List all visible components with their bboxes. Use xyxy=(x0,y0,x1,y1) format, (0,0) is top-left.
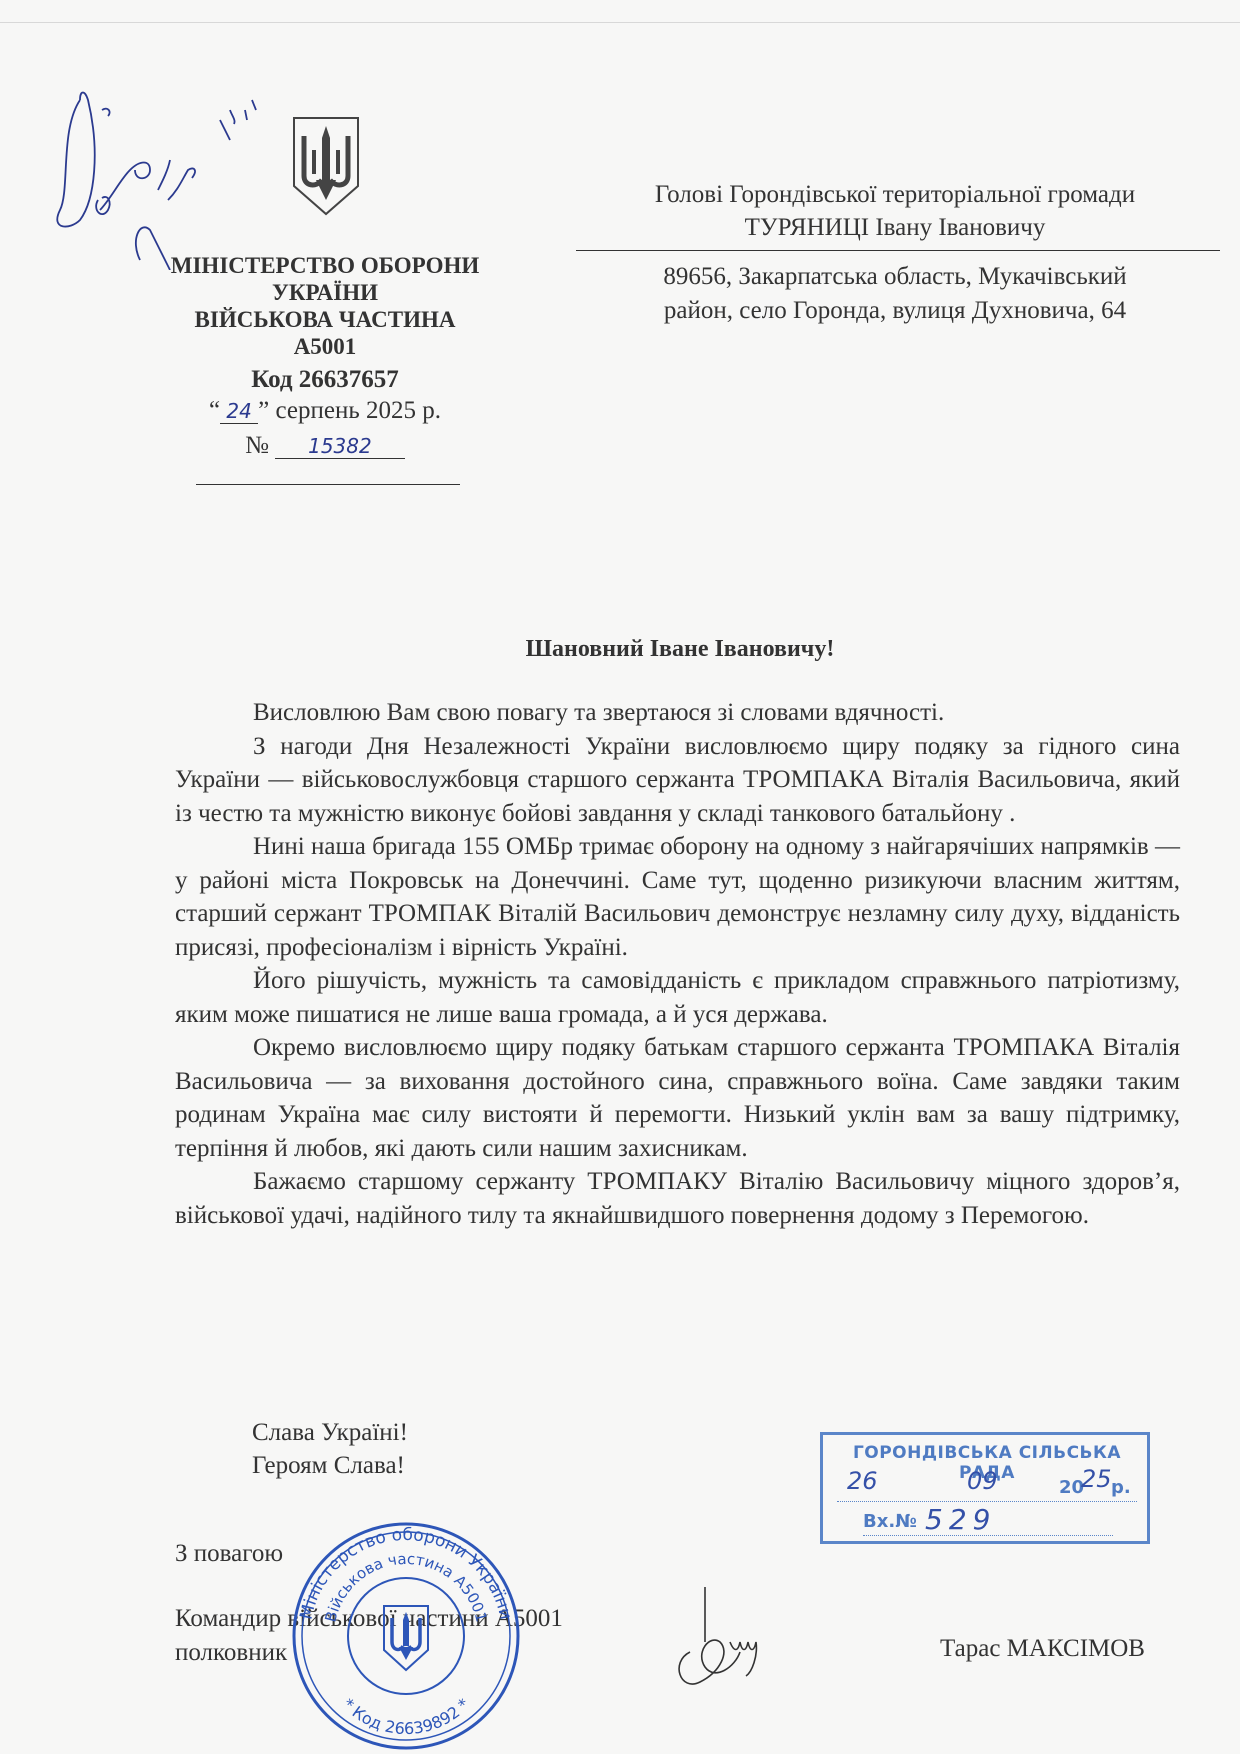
stamp-date-row: 26 09 20 25 р. xyxy=(837,1473,1137,1502)
recipient-address: 89656, Закарпатська область, Мукачівськи… xyxy=(600,260,1190,328)
salutation: Шановний Іване Івановичу! xyxy=(160,636,1200,663)
recipient-block: Голові Горондівської територіальної гром… xyxy=(600,178,1190,244)
stamp-day: 26 xyxy=(847,1467,878,1495)
date-rest: серпень 2025 р. xyxy=(275,397,441,424)
page-top-edge xyxy=(0,22,1240,23)
paragraph: Висловлюю Вам свою повагу та звертаюся з… xyxy=(175,696,1180,730)
sender-block: МІНІСТЕРСТВО ОБОРОНИ УКРАЇНИ ВІЙСЬКОВА Ч… xyxy=(140,252,510,396)
recipient-divider xyxy=(576,250,1220,251)
letter-body: Висловлюю Вам свою повагу та звертаюся з… xyxy=(175,696,1180,1232)
stamp-number-row: Вх.№ 529 xyxy=(863,1507,1113,1536)
stamp-number-value: 529 xyxy=(925,1503,996,1536)
number-value-handwritten: 15382 xyxy=(275,434,405,459)
sender-code: Код 26637657 xyxy=(140,364,510,396)
outgoing-number: №15382 xyxy=(140,432,510,460)
closing-slogans: Слава Україні! Героям Слава! xyxy=(252,1416,408,1482)
address-line-2: район, село Горонда, вулиця Духновича, 6… xyxy=(600,294,1190,328)
recipient-name: ТУРЯНИЦІ Івану Івановичу xyxy=(600,211,1190,244)
sender-line-1: МІНІСТЕРСТВО ОБОРОНИ xyxy=(140,252,510,279)
paragraph: Бажаємо старшому сержанту ТРОМПАКУ Вітал… xyxy=(175,1165,1180,1232)
seal-trident-icon xyxy=(384,1606,428,1670)
stamp-month: 09 xyxy=(967,1467,998,1495)
paragraph: Його рішучість, мужність та самовідданіс… xyxy=(175,964,1180,1031)
sender-line-2: УКРАЇНИ xyxy=(140,279,510,306)
closing-line-1: Слава Україні! xyxy=(252,1416,408,1449)
address-line-1: 89656, Закарпатська область, Мукачівськи… xyxy=(600,260,1190,294)
sender-line-4: А5001 xyxy=(140,333,510,360)
quote-open: “ xyxy=(209,397,220,424)
paragraph: Нині наша бригада 155 ОМБр тримає оборон… xyxy=(175,830,1180,964)
stamp-year-unit: р. xyxy=(1111,1477,1131,1498)
sender-divider xyxy=(196,484,460,485)
closing-line-2: Героям Слава! xyxy=(252,1449,408,1482)
number-label: № xyxy=(245,432,269,459)
recipient-title: Голові Горондівської територіальної гром… xyxy=(600,178,1190,211)
incoming-registration-stamp: ГОРОНДІВСЬКА СІЛЬСЬКА РАДА 26 09 20 25 р… xyxy=(820,1432,1150,1544)
stamp-number-label: Вх.№ xyxy=(863,1511,917,1532)
signer-name: Тарас МАКСІМОВ xyxy=(940,1635,1145,1663)
stamp-year-suffix: 25 xyxy=(1081,1465,1112,1493)
svg-text:* Код 26639892 *: * Код 26639892 * xyxy=(339,1695,473,1738)
paragraph: З нагоди Дня Незалежності України вислов… xyxy=(175,730,1180,831)
handwritten-resolution-icon xyxy=(40,70,300,270)
regards: З повагою xyxy=(175,1540,283,1568)
outgoing-date: “24” серпень 2025 р. xyxy=(140,397,510,425)
signature-icon xyxy=(660,1582,780,1692)
date-day-handwritten: 24 xyxy=(220,399,258,424)
quote-close: ” xyxy=(258,397,269,424)
paragraph: Окремо висловлюємо щиру подяку батькам с… xyxy=(175,1031,1180,1165)
sender-line-3: ВІЙСЬКОВА ЧАСТИНА xyxy=(140,306,510,333)
coat-of-arms-icon xyxy=(292,116,360,216)
official-round-seal: Міністерство оборони України Військова ч… xyxy=(286,1518,526,1754)
seal-code-text: * Код 26639892 * xyxy=(339,1695,473,1738)
